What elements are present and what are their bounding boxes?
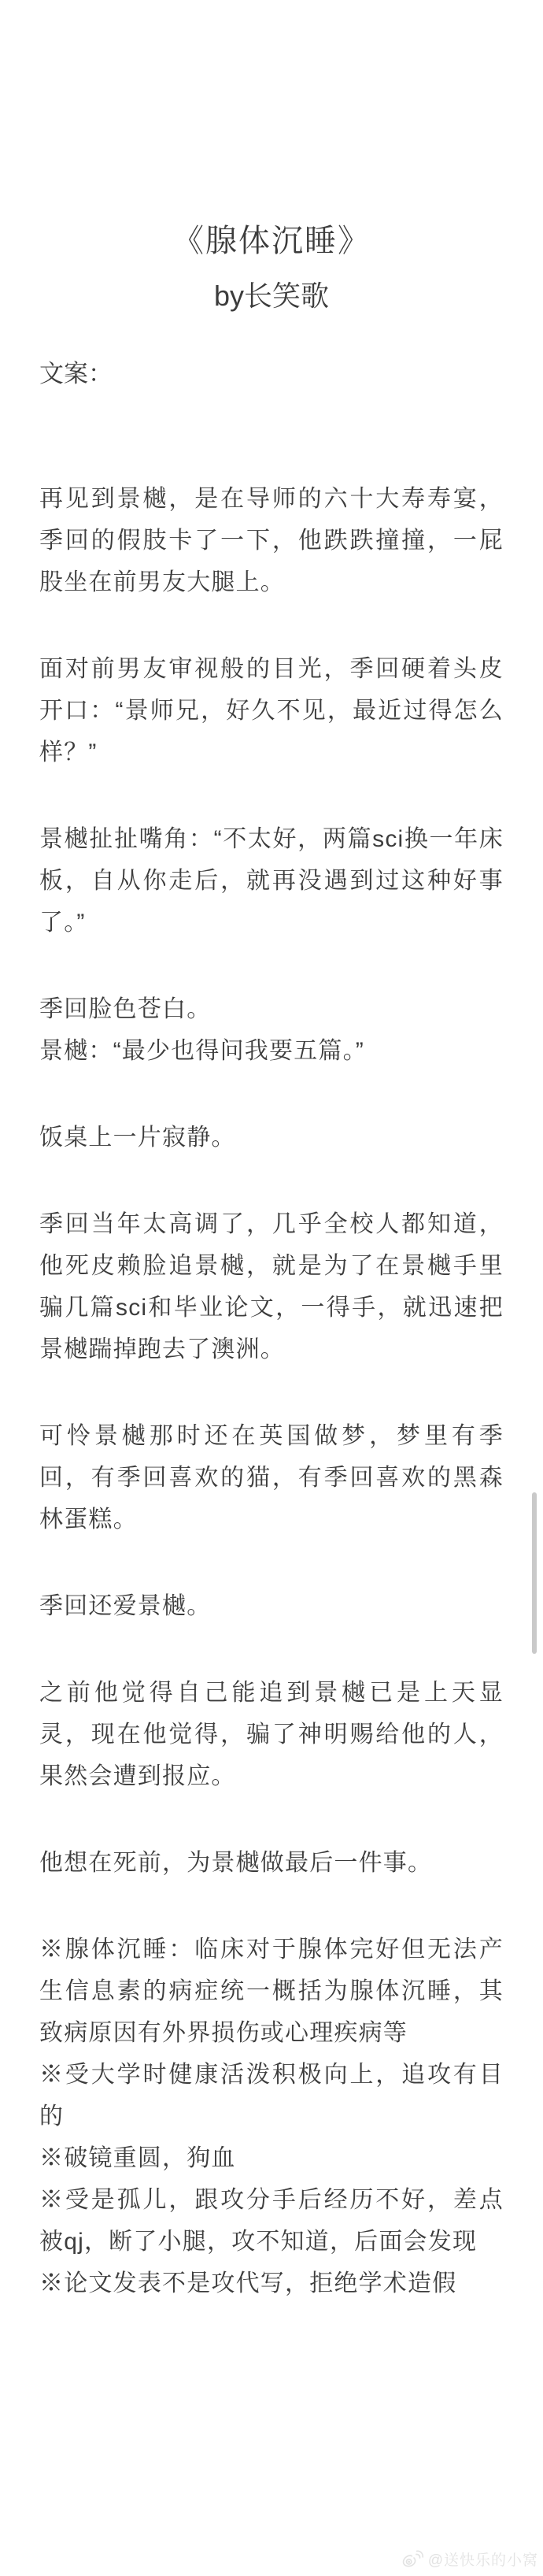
- story-title: 《腺体沉睡》: [39, 224, 504, 258]
- scrollbar-thumb[interactable]: [532, 1492, 537, 1654]
- tag-line: ※受是孤儿，跟攻分手后经历不好，差点被qj，断了小腿，攻不知道，后面会发现: [39, 2179, 504, 2263]
- tag-line: ※腺体沉睡：临床对于腺体完好但无法产生信息素的病症统一概括为腺体沉睡，其致病原因…: [39, 1929, 504, 2054]
- paragraph: 季回当年太高调了，几乎全校人都知道，他死皮赖脸追景樾，就是为了在景樾手里骗几篇s…: [39, 1203, 504, 1370]
- paragraph: 他想在死前，为景樾做最后一件事。: [39, 1842, 504, 1884]
- watermark: @送快乐的小窝: [402, 2548, 538, 2570]
- paragraph: 季回脸色苍白。 景樾：“最少也得问我要五篇。”: [39, 988, 504, 1072]
- paragraph: 季回还爱景樾。: [39, 1585, 504, 1627]
- paragraph: 面对前男友审视般的目光，季回硬着头皮开口：“景师兄，好久不见，最近过得怎么样？”: [39, 648, 504, 773]
- weibo-icon: [402, 2550, 423, 2568]
- page: 《腺体沉睡》 by长笑歌 文案： 再见到景樾，是在导师的六十大寿寿宴，季回的假肢…: [0, 0, 543, 2304]
- paragraph: 饭桌上一片寂静。: [39, 1117, 504, 1158]
- paragraph: 再见到景樾，是在导师的六十大寿寿宴，季回的假肢卡了一下，他跌跌撞撞，一屁股坐在前…: [39, 478, 504, 603]
- paragraph: 景樾扯扯嘴角：“不太好，两篇sci换一年床板，自从你走后，就再没遇到过这种好事了…: [39, 818, 504, 943]
- synopsis-paragraphs: 再见到景樾，是在导师的六十大寿寿宴，季回的假肢卡了一下，他跌跌撞撞，一屁股坐在前…: [39, 478, 504, 1884]
- story-author: by长笑歌: [39, 279, 504, 313]
- paragraph: 可怜景樾那时还在英国做梦，梦里有季回，有季回喜欢的猫，有季回喜欢的黑森林蛋糕。: [39, 1415, 504, 1540]
- tag-line: ※论文发表不是攻代写，拒绝学术造假: [39, 2263, 504, 2304]
- tag-lines: ※腺体沉睡：临床对于腺体完好但无法产生信息素的病症统一概括为腺体沉睡，其致病原因…: [39, 1929, 504, 2304]
- tag-line: ※受大学时健康活泼积极向上，追攻有目的: [39, 2054, 504, 2137]
- tag-line: ※破镜重圆，狗血: [39, 2137, 504, 2179]
- synopsis-label: 文案：: [39, 353, 504, 395]
- watermark-handle: @送快乐的小窝: [428, 2548, 538, 2570]
- paragraph: 之前他觉得自己能追到景樾已是上天显灵，现在他觉得，骗了神明赐给他的人，果然会遭到…: [39, 1672, 504, 1797]
